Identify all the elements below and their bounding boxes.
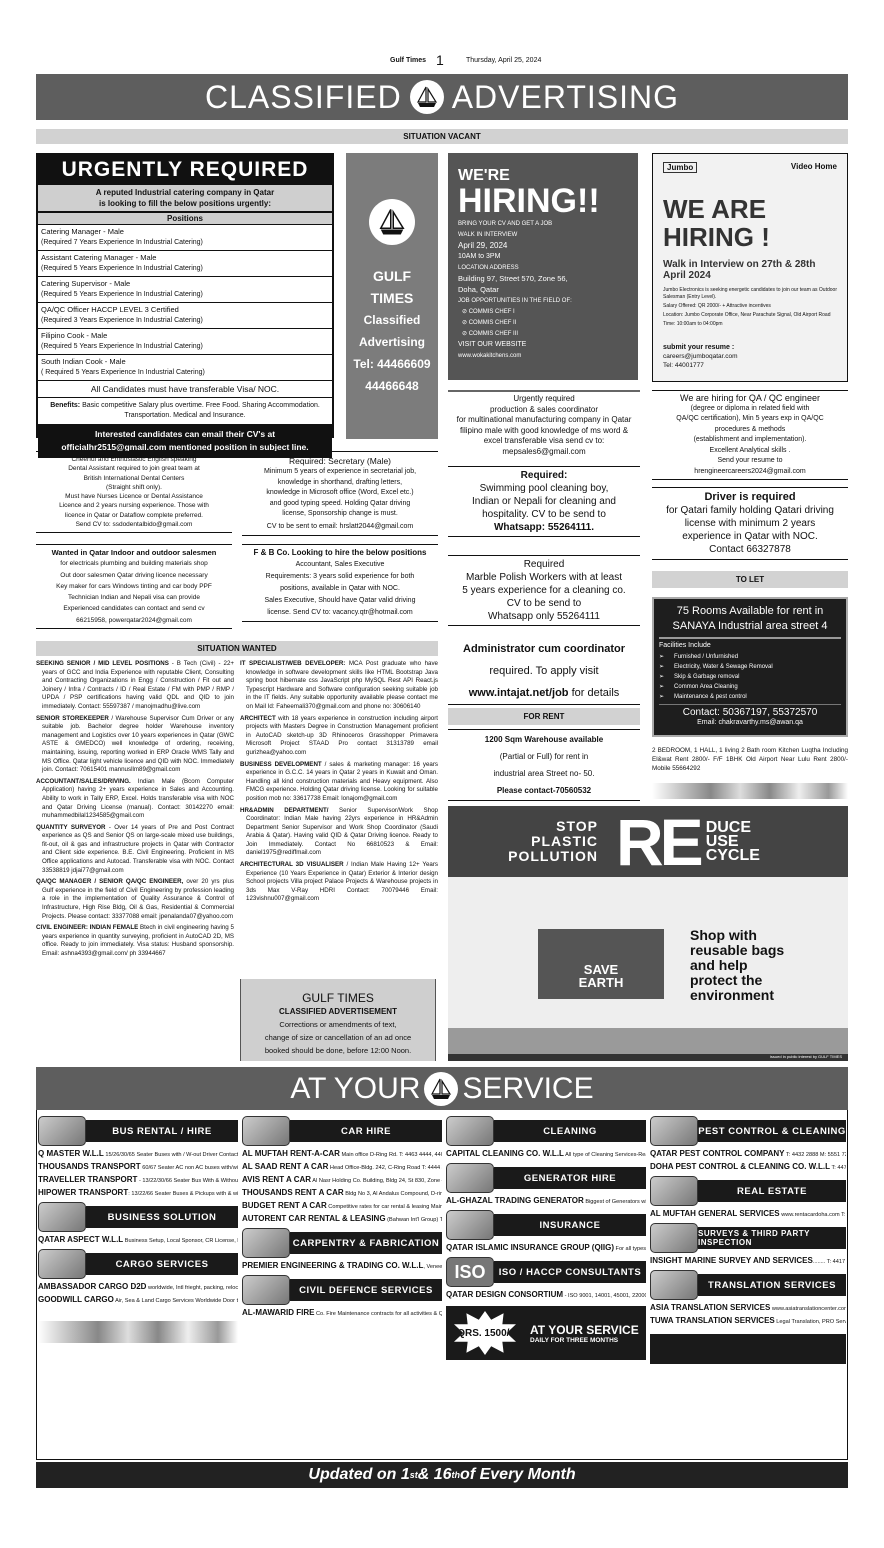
listing-head: ACCOUNTANT/SALES/DRIVING. — [36, 778, 131, 785]
brand-row: Jumbo Video Home — [663, 162, 837, 173]
entry-name: THOUSANDS RENT A CAR — [242, 1188, 344, 1197]
ad-line: for multinational manufacturing company … — [448, 415, 640, 426]
entry-detail: : 13/22/66 Seater Buses & Pickups with &… — [128, 1191, 238, 1197]
position-item: QA/QC Officer HACCP LEVEL 3 Certified(Re… — [38, 303, 332, 329]
entry-name: PREMIER ENGINEERING & TRADING CO. W.L.L — [242, 1261, 423, 1270]
interview-time: 10AM to 3PM — [458, 253, 628, 261]
entry-name: QATAR ASPECT W.L.L — [38, 1235, 123, 1244]
entry-detail: Business Setup, Local Sponsor, CR Licens… — [123, 1238, 238, 1244]
position-req: (Required 5 Years Experience In Industri… — [41, 265, 203, 272]
facility-item: Electricity, Water & Sewage Removal — [659, 662, 841, 672]
workshop-icon — [242, 1228, 290, 1258]
position-req: (Required 5 Years Experience In Industri… — [41, 343, 203, 350]
entry-name: AL-MAWARID FIRE — [242, 1308, 314, 1317]
ad-intro: A reputed Industrial catering company in… — [38, 185, 332, 213]
address: Doha, Qatar — [458, 286, 628, 294]
corrections-notice: GULF TIMES CLASSIFIED ADVERTISEMENT Corr… — [240, 979, 436, 1061]
shop-line: protect the — [690, 973, 784, 988]
at-your-service-banner: AT YOUR SERVICE — [36, 1067, 848, 1110]
ad-text: Time: 10:00am to 04:00pm — [663, 321, 837, 328]
entry-detail: T: 4432 2888 M: 5551 7254, 6690 6817 F: … — [785, 1152, 846, 1158]
service-entry: ASIA TRANSLATION SERVICES www.asiatransl… — [650, 1302, 846, 1315]
ad-headline: WE AREHIRING ! — [663, 195, 837, 251]
ad-line: (Straight shift only). — [36, 483, 232, 492]
category-label: GENERATOR HIRE — [494, 1167, 646, 1189]
ad-line: license with minimum 2 years — [652, 517, 848, 530]
contact: Contact: 50367197, 55372570 — [659, 704, 841, 719]
category-car-hire: CAR HIRE — [242, 1116, 442, 1146]
wanted-listing: SEEKING SENIOR / MID LEVEL POSITIONS - B… — [36, 660, 234, 712]
ad-title: Driver is required — [652, 491, 848, 504]
service-entry: QATAR ASPECT W.L.L Business Setup, Local… — [38, 1234, 238, 1247]
decorative-gradient — [652, 783, 848, 799]
entry-detail: Biggest of Generators with different cap… — [584, 1199, 646, 1205]
facility-item: Maintenance & pest control — [659, 692, 841, 702]
category-label: SURVEYS & THIRD PARTY INSPECTION — [698, 1227, 846, 1249]
box-line: GULF — [346, 265, 438, 287]
surveyor-icon — [650, 1223, 698, 1253]
entry-name: AL-GHAZAL TRADING GENERATOR — [446, 1196, 584, 1205]
generator-icon — [446, 1163, 494, 1193]
secretary-ad: Required: Secretary (Male) Minimum 5 yea… — [242, 451, 438, 536]
administrator-ad: Administrator cum coordinator required. … — [448, 638, 640, 705]
category-label: CARPENTRY & FABRICATION — [290, 1232, 442, 1254]
wanted-listing: ARCHITECTURAL 3D VISUALISER / Indian Mal… — [240, 861, 438, 904]
box-phone: 44466648 — [346, 375, 438, 397]
ad-title: Required: Secretary (Male) — [242, 455, 438, 467]
service-entry: TUWA TRANSLATION SERVICES Legal Translat… — [650, 1315, 846, 1328]
entry-detail: Competitive rates for car rental & leasi… — [327, 1204, 442, 1210]
service-entry: AL MUFTAH RENT-A-CAR Main office D-Ring … — [242, 1148, 442, 1161]
ad-line: Dental Assistant required to join great … — [36, 464, 232, 473]
category-label: INSURANCE — [494, 1214, 646, 1236]
job-item: ⊘ COMMIS CHEF III — [462, 330, 628, 338]
website-link[interactable]: www.intajat.net/job — [469, 687, 569, 699]
benefits-label: Benefits: — [50, 402, 80, 409]
service-entry: AVIS RENT A CAR Al Nasr Holding Co. Buil… — [242, 1174, 442, 1187]
position-req: ( Required 5 Years Experience In Industr… — [41, 369, 205, 376]
service-entry: Q MASTER W.L.L 15/26/30/65 Seater Buses … — [38, 1148, 238, 1161]
wanted-listing: ARCHITECT with 18 years experience in co… — [240, 715, 438, 758]
at-your-service-promo: QRS. 1500/- AT YOUR SERVICEDAILY FOR THR… — [446, 1306, 646, 1360]
gulf-times-classified-box: GULF TIMES Classified Advertising Tel: 4… — [346, 153, 438, 439]
bag-line: EARTH — [538, 976, 664, 989]
service-entry: THOUSANDS RENT A CAR Bldg No 3, Al Andal… — [242, 1187, 442, 1200]
car-icon — [242, 1116, 290, 1146]
title-line: SANAYA Industrial area street 4 — [659, 619, 841, 634]
ad-line: 5 years experience for a cleaning co. — [448, 584, 640, 597]
service-entry: AMBASSADOR CARGO D2D worldwide, Intl fri… — [38, 1281, 238, 1294]
job-label: COMMIS CHEF II — [469, 320, 517, 326]
category-iso: ISOISO / HACCP CONSULTANTS — [446, 1257, 646, 1287]
position-req: (Required 3 Years Experience In Industri… — [41, 317, 203, 324]
entry-name: HIPOWER TRANSPORT — [38, 1188, 128, 1197]
service-entry: QATAR DESIGN CONSORTIUM - ISO 9001, 1400… — [446, 1289, 646, 1302]
entry-detail: Co. Fire Maintenance contracts for all a… — [314, 1311, 442, 1317]
entry-detail: All type of Cleaning Services-Reasonable… — [564, 1152, 646, 1158]
ad-line: filipino male with good knowledge of ms … — [448, 426, 640, 437]
entry-detail: Bldg No 3, Al Andalus Compound, D-ring R… — [344, 1191, 442, 1197]
ad-line: Urgently required — [448, 394, 640, 405]
ad-line-tail: for details — [569, 687, 620, 699]
ad-line: positions, available in Qatar with NOC. — [242, 583, 438, 595]
bus-icon — [38, 1116, 86, 1146]
service-entry: AL SAAD RENT A CAR Head Office-Bldg. 242… — [242, 1161, 442, 1174]
position-title: Catering Supervisor - Male — [41, 279, 130, 288]
entry-detail: Main office D-Ring Rd. T: 4463 4444, 440… — [340, 1152, 442, 1158]
ad-line: Experienced candidates can contact and s… — [36, 603, 232, 614]
video-home-logo: Video Home — [791, 162, 837, 173]
service-entry: AL-GHAZAL TRADING GENERATOR Biggest of G… — [446, 1195, 646, 1208]
visa-note: All Candidates must have transferable Vi… — [38, 381, 332, 398]
facilities-label: Facilities Include — [659, 642, 841, 649]
entry-name: CAPITAL CLEANING CO. W.L.L — [446, 1149, 564, 1158]
facility-item: Skip & Garbage removal — [659, 672, 841, 682]
category-cleaning: CLEANING — [446, 1116, 646, 1146]
ad-line: excel transferable visa send cv to: — [448, 436, 640, 447]
ad-line: (degree or diploma in related field with — [652, 404, 848, 415]
service-entry: AUTORENT CAR RENTAL & LEASING (Bahwan In… — [242, 1213, 442, 1226]
jumbo-logo: Jumbo — [663, 162, 697, 173]
service-entry: GOODWILL CARGO Air, Sea & Land Cargo Ser… — [38, 1294, 238, 1307]
ad-line: Marble Polish Workers with at least — [448, 571, 640, 584]
entry-detail: worldwide, Intl frieght, packing, reloca… — [146, 1285, 238, 1291]
job-label: COMMIS CHEF III — [469, 331, 518, 337]
ad-line: (Partial or Full) for rent in — [448, 748, 640, 765]
listing-text: / Warehouse Supervisor Cum Driver or any… — [42, 715, 234, 774]
situation-wanted-left-column: SEEKING SENIOR / MID LEVEL POSITIONS - B… — [36, 660, 234, 962]
building-icon — [650, 1176, 698, 1206]
ad-line: knowledge in Microsoft office (Word, Exc… — [242, 488, 438, 499]
ad-line: hospitality. CV to be send to — [448, 508, 640, 521]
entry-name: TRAVELLER TRANSPORT — [38, 1175, 137, 1184]
entry-detail: Al Nasr Holding Co. Building, Bldg 24, S… — [311, 1178, 442, 1184]
section-header-to-let: TO LET — [652, 571, 848, 588]
ad-line: Must have Nurses Licence or Dental Assis… — [36, 492, 232, 501]
entry-name: BUDGET RENT A CAR — [242, 1201, 327, 1210]
facility-item: Common Area Cleaning — [659, 682, 841, 692]
category-surveys: SURVEYS & THIRD PARTY INSPECTION — [650, 1223, 846, 1253]
ad-line: Requirements: 3 years solid experience f… — [242, 571, 438, 583]
classified-banner: CLASSIFIED ADVERTISING — [36, 74, 848, 120]
iso-icon: ISO — [446, 1257, 494, 1287]
services-column-1: BUS RENTAL / HIRE Q MASTER W.L.L 15/26/3… — [38, 1114, 238, 1343]
jumbo-hiring-ad: Jumbo Video Home WE AREHIRING ! Walk in … — [652, 153, 848, 382]
wanted-listing: SENIOR STOREKEEPER / Warehouse Superviso… — [36, 715, 234, 775]
service-entry: AL-MAWARID FIRE Co. Fire Maintenance con… — [242, 1307, 442, 1320]
position-item: Assistant Catering Manager - Male(Requir… — [38, 251, 332, 277]
ad-line: required. To apply visit — [448, 660, 640, 682]
ad-line: Swimming pool cleaning boy, — [448, 482, 640, 495]
ad-line: Out door salesmen Qatar driving licence … — [36, 570, 232, 581]
ad-line: British International Dental Centers — [36, 474, 232, 483]
ad-line: production & sales coordinator — [448, 405, 640, 416]
ad-line: Licence and 2 years nursing experience. … — [36, 501, 232, 510]
ad-text: VISIT OUR WEBSITE — [458, 341, 628, 349]
category-label: PEST CONTROL & CLEANING — [698, 1120, 846, 1142]
website-link[interactable]: www.wokakitchens.com — [458, 352, 628, 360]
listing-head: QUANTITY SURVEYOR — [36, 824, 105, 831]
ad-line: and good typing speed. Holding Qatar dri… — [242, 499, 438, 510]
re-text: RE — [616, 812, 700, 872]
position-title: South Indian Cook - Male — [41, 357, 126, 366]
entry-name: AMBASSADOR CARGO D2D — [38, 1282, 146, 1291]
services-column-2: CAR HIRE AL MUFTAH RENT-A-CAR Main offic… — [242, 1114, 442, 1320]
ad-line: license. Send CV to: vacancy.qtr@hotmail… — [242, 607, 438, 619]
ad-line: Send CV to: ssdodentalbido@gmail.com — [36, 520, 232, 529]
category-cargo: CARGO SERVICES — [38, 1249, 238, 1279]
ad-line: Accountant, Sales Executive — [242, 559, 438, 571]
service-entry: PREMIER ENGINEERING & TRADING CO. W.L.L,… — [242, 1260, 442, 1273]
cleaning-machine-icon — [446, 1116, 494, 1146]
category-label: CAR HIRE — [290, 1120, 442, 1142]
category-carpentry: CARPENTRY & FABRICATION — [242, 1228, 442, 1258]
email-link[interactable]: hrengineercareers2024@gmail.com — [652, 467, 848, 478]
contact: Contact 66327878 — [652, 543, 848, 556]
ad-text: Location: Jumbo Corporate Office, Near P… — [663, 312, 837, 319]
ad-line: Cheerful and Enthusiastic English speaki… — [36, 455, 232, 464]
category-label: TRANSLATION SERVICES — [698, 1274, 846, 1296]
box-line: Advertising — [346, 331, 438, 353]
footer-text: & 16 — [418, 1466, 452, 1484]
job-item: ⊘ COMMIS CHEF I — [462, 308, 628, 316]
salesmen-ad: Wanted in Qatar Indoor and outdoor sales… — [36, 544, 232, 629]
ad-line: Excellent Analytical skills . — [652, 446, 848, 457]
ad-text: Salary Offered: QR 2000/- + Attractive i… — [663, 303, 837, 310]
ad-line: www.intajat.net/job for details — [448, 682, 640, 704]
wokakitchens-hiring-ad: WE'RE HIRING!! BRING YOUR CV AND GET A J… — [448, 153, 638, 380]
position-item: Filipino Cook - Male(Required 5 Years Ex… — [38, 329, 332, 355]
decorative-gradient — [38, 1321, 238, 1343]
category-generator: GENERATOR HIRE — [446, 1163, 646, 1193]
issue-date: Thursday, April 25, 2024 — [466, 57, 541, 64]
shop-line: environment — [690, 988, 784, 1003]
category-label: CARGO SERVICES — [86, 1253, 238, 1275]
service-entry: QATAR ISLAMIC INSURANCE GROUP (QIIG) For… — [446, 1242, 646, 1255]
dhow-boat-icon — [424, 1072, 458, 1106]
entry-name: Q MASTER W.L.L — [38, 1149, 104, 1158]
service-entry: AL MUFTAH GENERAL SERVICES www.rentacard… — [650, 1208, 846, 1221]
service-entry: QATAR PEST CONTROL COMPANY T: 4432 2888 … — [650, 1148, 846, 1161]
urgently-required-ad: URGENTLY REQUIRED A reputed Industrial c… — [36, 153, 334, 438]
ad-title: Required: — [448, 469, 640, 482]
entry-name: AL MUFTAH GENERAL SERVICES — [650, 1209, 780, 1218]
map-icon — [242, 1275, 290, 1305]
position-title: Assistant Catering Manager - Male — [41, 253, 156, 262]
position-item: Catering Supervisor - Male(Required 5 Ye… — [38, 277, 332, 303]
entry-name: AUTORENT CAR RENTAL & LEASING — [242, 1214, 386, 1223]
position-req: (Required 5 Years Experience In Industri… — [41, 291, 203, 298]
shop-line: and help — [690, 958, 784, 973]
notice-line: booked should be done, before 12:00 Noon… — [241, 1044, 435, 1057]
entry-name: DOHA PEST CONTROL & CLEANING CO. W.L.L — [650, 1162, 830, 1171]
shop-line: Shop with — [690, 928, 784, 943]
stop-text: STOPPLASTICPOLLUTION — [448, 819, 598, 864]
listing-head: SENIOR STOREKEEPER — [36, 715, 109, 722]
listing-text: MCA Post graduate who have knowledge in … — [246, 660, 438, 710]
footer-sup: st — [410, 1470, 418, 1480]
service-entry: HIPOWER TRANSPORT: 13/22/66 Seater Buses… — [38, 1187, 238, 1200]
title-line: 75 Rooms Available for rent in — [659, 604, 841, 619]
page-number: 1 — [436, 52, 444, 68]
job-label: COMMIS CHEF I — [469, 309, 515, 315]
notice-subtitle: CLASSIFIED ADVERTISEMENT — [241, 1007, 435, 1016]
ad-line: QA/QC certification), Min 5 years exp in… — [652, 414, 848, 425]
ad-title: 75 Rooms Available for rent inSANAYA Ind… — [659, 604, 841, 639]
email-link[interactable]: mepsales6@gmail.com — [448, 447, 640, 458]
ad-title: Administrator cum coordinator — [448, 638, 640, 660]
stop-line: PLASTIC — [448, 834, 598, 849]
email-link[interactable]: Email: chakravarthy.ms@awan.qa — [659, 719, 841, 726]
stop-line: POLLUTION — [448, 849, 598, 864]
entry-detail: - ISO 9001, 14001, 45001, 22000, 27001, … — [563, 1293, 646, 1299]
services-column-4: PEST CONTROL & CLEANING QATAR PEST CONTR… — [650, 1114, 846, 1364]
entry-detail: 15/26/30/65 Seater Buses with / W-out Dr… — [104, 1152, 238, 1158]
position-title: Filipino Cook - Male — [41, 331, 107, 340]
translation-icon — [650, 1270, 698, 1300]
entry-name: ASIA TRANSLATION SERVICES — [650, 1303, 770, 1312]
headline-line: WE ARE — [663, 195, 837, 223]
decorative-bar — [650, 1334, 846, 1364]
interview-date: April 29, 2024 — [458, 242, 628, 250]
banner-left-text: AT YOUR — [290, 1072, 420, 1106]
position-title: Catering Manager - Male — [41, 227, 124, 236]
notice-title: GULF TIMES — [241, 991, 435, 1005]
ad-line: CV to be sent to email: hrslatt2044@gmai… — [242, 522, 438, 533]
issued-note: issued in public interest by GULF TIMES — [448, 1054, 848, 1061]
entry-detail: For all types of insurance services T: 4… — [614, 1246, 646, 1252]
intro-line: is looking to fill the below positions u… — [38, 198, 332, 209]
facilities-list: Furnished / Unfurnished Electricity, Wat… — [659, 652, 841, 702]
job-item: ⊘ COMMIS CHEF II — [462, 319, 628, 327]
category-civil-defence: CIVIL DEFENCE SERVICES — [242, 1275, 442, 1305]
situation-wanted-right-column: IT SPECIALIST/WEB DEVELOPER: MCA Post gr… — [240, 660, 438, 907]
email-link[interactable]: careers@jumboqatar.com — [663, 353, 837, 360]
category-real-estate: REAL ESTATE — [650, 1176, 846, 1206]
floor-stripe — [448, 1028, 848, 1054]
service-entry: INSIGHT MARINE SURVEY AND SERVICES......… — [650, 1255, 846, 1268]
marble-polish-ad: Required Marble Polish Workers with at l… — [448, 555, 640, 626]
listing-head: SEEKING SENIOR / MID LEVEL POSITIONS — [36, 660, 169, 667]
ad-text: Jumbo Electronics is seeking energetic c… — [663, 287, 837, 301]
ad-line: license, Sponsorship change is must. — [242, 509, 438, 520]
dental-assistant-ad: Cheerful and Enthusiastic English speaki… — [36, 451, 232, 533]
pool-cleaner-ad: Required: Swimming pool cleaning boy, In… — [448, 466, 640, 537]
ad-text: JOB OPPORTUNITIES IN THE FIELD OF: — [458, 297, 628, 305]
headline-line: HIRING ! — [663, 223, 837, 251]
position-item: South Indian Cook - Male( Required 5 Yea… — [38, 355, 332, 381]
stop-plastic-pollution-ad: STOPPLASTICPOLLUTION RE DUCEUSECYCLE SAV… — [448, 806, 848, 1061]
driver-ad: Driver is required for Qatari family hol… — [652, 487, 848, 560]
production-coordinator-ad: Urgently required production & sales coo… — [448, 390, 640, 459]
entry-name: AVIS RENT A CAR — [242, 1175, 311, 1184]
ad-line: 66215958, powerqatar2024@gmail.com — [36, 615, 232, 626]
whatsapp-contact: Whatsapp only 55264111 — [448, 610, 640, 623]
category-insurance: INSURANCE — [446, 1210, 646, 1240]
ad-line: for electricals plumbing and building ma… — [36, 558, 232, 569]
intro-line: A reputed Industrial catering company in… — [38, 187, 332, 198]
ad-title: 1200 Sqm Warehouse available — [448, 731, 640, 748]
box-line: TIMES — [346, 287, 438, 309]
dhow-boat-icon — [369, 199, 415, 245]
ad-text: submit your resume : — [663, 344, 837, 351]
entry-detail: 60/67 Seater AC non AC buses with/withou… — [141, 1165, 238, 1171]
promo-subtitle: DAILY FOR THREE MONTHS — [530, 1337, 639, 1344]
re-words: DUCEUSECYCLE — [706, 821, 760, 863]
position-title: QA/QC Officer HACCP LEVEL 3 Certified — [41, 305, 179, 314]
entry-detail: ........ T: 4417 1851, M: 5056 9800 / 55… — [813, 1259, 846, 1265]
ad-line: CV to be send to — [448, 597, 640, 610]
phone: Tel: 44001777 — [663, 362, 837, 369]
positions-header: Positions — [38, 213, 332, 225]
eco-ad-header: STOPPLASTICPOLLUTION RE DUCEUSECYCLE — [448, 806, 848, 877]
position-item: Catering Manager - Male(Required 7 Years… — [38, 225, 332, 251]
footer-text: Updated on 1 — [308, 1466, 409, 1484]
listing-text: with 18 years experience in construction… — [246, 715, 438, 756]
entry-name: AL MUFTAH RENT-A-CAR — [242, 1149, 340, 1158]
category-bus-rental: BUS RENTAL / HIRE — [38, 1116, 238, 1146]
ad-title: Required — [448, 558, 640, 571]
benefits-text: Basic competitive Salary plus overtime. … — [82, 402, 320, 419]
fb-company-ad: F & B Co. Looking to hire the below posi… — [242, 544, 438, 622]
listing-text: - B Tech (Civil) - 22+ years of GCC and … — [42, 660, 234, 710]
ad-line: experience in Qatar with NOC. — [652, 530, 848, 543]
ad-line: licence in Qatar or Dataflow complete pr… — [36, 511, 232, 520]
entry-detail: T: 4470 1070 M: 5551 3862, 5551 4701 F: … — [830, 1165, 846, 1171]
listing-head: ARCHITECT — [240, 715, 276, 722]
stop-line: STOP — [448, 819, 598, 834]
business-people-icon — [38, 1202, 86, 1232]
ad-line: procedures & methods — [652, 425, 848, 436]
qa-engineer-ad: We are hiring for QA / QC engineer (degr… — [652, 390, 848, 480]
entry-detail: - 13/22/30/66 Seater Bus With & Without … — [137, 1178, 238, 1184]
ad-line: Technician Indian and Nepali visa can pr… — [36, 592, 232, 603]
ad-line: for Qatari family holding Qatari driving — [652, 504, 848, 517]
ad-line: knowledge in shorthand, drafting letters… — [242, 478, 438, 489]
entry-detail: Head Office-Bldg. 242, C-Ring Road T: 44… — [328, 1165, 442, 1171]
ad-line: Sales Executive, Should have Qatar valid… — [242, 595, 438, 607]
listing-head: BUSINESS DEVELOPMENT — [240, 761, 322, 768]
wanted-listing: QUANTITY SURVEYOR - Over 14 years of Pre… — [36, 824, 234, 876]
footer-sup: th — [452, 1470, 461, 1480]
category-business-solution: BUSINESS SOLUTION — [38, 1202, 238, 1232]
rooms-for-rent-ad: 75 Rooms Available for rent inSANAYA Ind… — [652, 597, 848, 737]
promo-text: AT YOUR SERVICEDAILY FOR THREE MONTHS — [530, 1323, 639, 1344]
wanted-listing: ACCOUNTANT/SALES/DRIVING. Indian Male (B… — [36, 778, 234, 821]
wanted-listing: BUSINESS DEVELOPMENT / sales & marketing… — [240, 761, 438, 804]
section-header-for-rent: FOR RENT — [448, 708, 640, 725]
ad-line: Key maker for cars Windows tinting and c… — [36, 581, 232, 592]
insurance-icon — [446, 1210, 494, 1240]
whatsapp-contact: Whatsapp: 55264111. — [448, 521, 640, 534]
ad-title: F & B Co. Looking to hire the below posi… — [242, 547, 438, 559]
services-column-3: CLEANING CAPITAL CLEANING CO. W.L.L All … — [446, 1114, 646, 1360]
box-phone: Tel: 44466609 — [346, 353, 438, 375]
ad-text: LOCATION ADDRESS — [458, 264, 628, 272]
benefits: Benefits: Basic competitive Salary plus … — [38, 398, 332, 424]
entry-detail: www.rentacardoha.com T: 4463 4444 / 4401… — [780, 1212, 846, 1218]
ad-line: Minimum 5 years of experience in secreta… — [242, 467, 438, 478]
ad-line: Indian or Nepali for cleaning and — [448, 495, 640, 508]
entry-detail: (Bahwan Int'l Group) Tel: 4442 0577, 440… — [386, 1217, 442, 1223]
entry-name: AL SAAD RENT A CAR — [242, 1162, 328, 1171]
service-entry: DOHA PEST CONTROL & CLEANING CO. W.L.L T… — [650, 1161, 846, 1174]
promo-title: AT YOUR SERVICE — [530, 1323, 639, 1337]
listing-head: ARCHITECTURAL 3D VISUALISER — [240, 861, 344, 868]
ad-headline: HIRING!! — [458, 185, 628, 217]
category-label: REAL ESTATE — [698, 1180, 846, 1202]
warehouse-ad: 1200 Sqm Warehouse available (Partial or… — [448, 729, 640, 801]
